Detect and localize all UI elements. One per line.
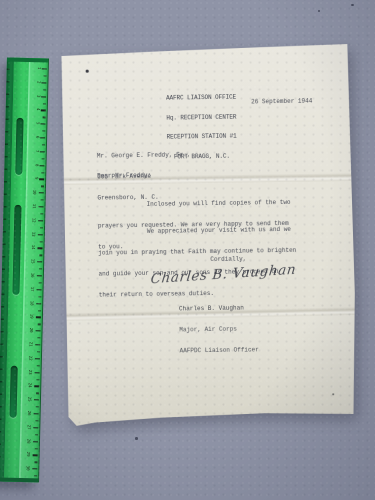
ruler-half-tick [42, 144, 45, 145]
ruler-half-tick [43, 89, 46, 90]
ruler: 1234567891011121314151617181920212223242… [0, 58, 48, 483]
ruler-tick-number: 29 [26, 452, 30, 457]
ruler-half-tick [38, 324, 41, 325]
ruler-tick-number: 15 [31, 259, 35, 264]
ruler-tick [39, 192, 44, 193]
ruler-tick-number: 2 [36, 81, 40, 84]
ruler-half-tick [40, 227, 43, 228]
ruler-tick [42, 68, 47, 69]
ruler-tick [41, 82, 46, 83]
ruler-tick-number: 28 [27, 438, 31, 443]
ruler-tick-number: 24 [28, 383, 32, 388]
ruler-half-tick [39, 282, 42, 283]
ruler-half-tick [35, 448, 38, 449]
ruler-tick [38, 248, 43, 249]
ruler-tick [36, 330, 41, 331]
ruler-tick [37, 289, 42, 290]
ruler-tick-number: 21 [29, 342, 33, 347]
ruler-tick-number: 26 [27, 411, 31, 416]
ruler-tick-number: 14 [31, 245, 35, 250]
ruler-tick [32, 468, 37, 469]
body-line: We appreciated your visit with us and we [98, 226, 296, 236]
ruler-tick-number: 23 [28, 369, 32, 374]
ruler-tick-number: 13 [31, 231, 35, 236]
closing: Cordially, [210, 255, 246, 263]
ruler-half-tick [36, 379, 39, 380]
ruler-half-tick [37, 337, 40, 338]
ruler-half-tick [41, 186, 44, 187]
ruler-half-tick [34, 462, 37, 463]
ruler-half-tick [40, 241, 43, 242]
ruler-tick-number: 7 [35, 150, 39, 153]
ruler-tick-number: 17 [30, 287, 34, 292]
ruler-tick-number: 30 [26, 466, 30, 471]
bottom-flap-shading [63, 315, 356, 427]
ruler-tick [36, 303, 41, 304]
ruler-tick [36, 317, 41, 318]
ruler-half-tick [37, 365, 40, 366]
ruler-tick [38, 206, 43, 207]
letterhead-line: AAFRC LIAISON OFFICE [153, 94, 249, 102]
ruler-tick [41, 110, 46, 111]
ruler-tick-number: 18 [30, 300, 34, 305]
ruler-tick [33, 441, 38, 442]
ruler-slot [10, 366, 18, 418]
ruler-tick [34, 399, 39, 400]
ruler-half-tick [36, 393, 39, 394]
ruler-half-tick [41, 199, 44, 200]
ruler-slot [15, 118, 23, 175]
background-speck [351, 4, 354, 6]
ruler-half-tick [36, 406, 39, 407]
ruler-tick-number: 11 [32, 204, 36, 209]
staple-hole [86, 70, 89, 73]
ruler-tick-number: 27 [27, 424, 31, 429]
ruler-tick-number: 12 [32, 218, 36, 223]
ruler-half-tick [38, 296, 41, 297]
ruler-tick [34, 386, 39, 387]
ruler-tick [35, 344, 40, 345]
ruler-half-tick [43, 117, 46, 118]
ruler-tick-number: 20 [29, 328, 33, 333]
ruler-tick-number: 4 [36, 108, 40, 111]
ruler-half-tick [42, 130, 45, 131]
ruler-tick [40, 137, 45, 138]
ruler-half-tick [41, 172, 44, 173]
ruler-tick-number: 22 [28, 355, 32, 360]
ruler-half-tick [34, 475, 37, 476]
ruler-half-tick [39, 268, 42, 269]
ruler-tick [40, 151, 45, 152]
ruler-tick [38, 220, 43, 221]
ruler-tick-number: 8 [34, 164, 38, 167]
ruler-half-tick [44, 75, 47, 76]
ruler-half-tick [38, 310, 41, 311]
ruler-half-tick [35, 420, 38, 421]
letter-date: 26 September 1944 [251, 98, 312, 106]
photo-of-letter: { "scene": { "background_color": "#8f94a… [0, 0, 375, 500]
ruler-tick [39, 165, 44, 166]
ruler-half-tick [40, 213, 43, 214]
background-speck [135, 437, 138, 440]
ruler-tick-number: 19 [29, 314, 33, 319]
ruler-slot [12, 205, 21, 295]
ruler-tick-number: 9 [34, 177, 38, 180]
ruler-tick-number: 1 [37, 67, 41, 70]
ruler-half-tick [42, 158, 45, 159]
letter-paper: AAFRC LIAISON OFFICE Hq. RECEPTION CENTE… [59, 43, 356, 429]
photo-background: AAFRC LIAISON OFFICE Hq. RECEPTION CENTE… [0, 0, 375, 500]
ruler-tick [40, 124, 45, 125]
ruler-half-tick [39, 255, 42, 256]
ruler-bottom-cap [0, 477, 38, 482]
letterhead-line: Hq. RECEPTION CENTER [153, 114, 249, 122]
ruler-tick [33, 455, 38, 456]
body-line: Inclosed you will find copies of the two [98, 199, 291, 209]
ruler-tick-number: 3 [36, 95, 40, 98]
recipient-line: Mr. George E. Freddy, Sr., [97, 151, 191, 159]
body-line: join you in praying that Faith may conti… [98, 247, 296, 257]
letter-paper-wrap: AAFRC LIAISON OFFICE Hq. RECEPTION CENTE… [59, 43, 356, 429]
background-speck [318, 10, 320, 12]
ruler-half-tick [35, 434, 38, 435]
ruler-tick [37, 261, 42, 262]
ruler-tick [35, 372, 40, 373]
ruler-tick [35, 358, 40, 359]
ruler-tick [41, 96, 46, 97]
ruler-tick-number: 16 [30, 273, 34, 278]
ruler-tick [34, 413, 39, 414]
ruler-tick-number: 25 [27, 397, 31, 402]
ruler-tick [38, 234, 43, 235]
ruler-tick-number: 10 [32, 190, 36, 195]
ruler-tick-number: 6 [35, 136, 39, 139]
ruler-tick [37, 275, 42, 276]
ruler-half-tick [37, 351, 40, 352]
ruler-half-tick [43, 103, 46, 104]
ruler-tick-number: 5 [35, 122, 39, 125]
ruler-tick [39, 179, 44, 180]
ruler-tick [33, 427, 38, 428]
